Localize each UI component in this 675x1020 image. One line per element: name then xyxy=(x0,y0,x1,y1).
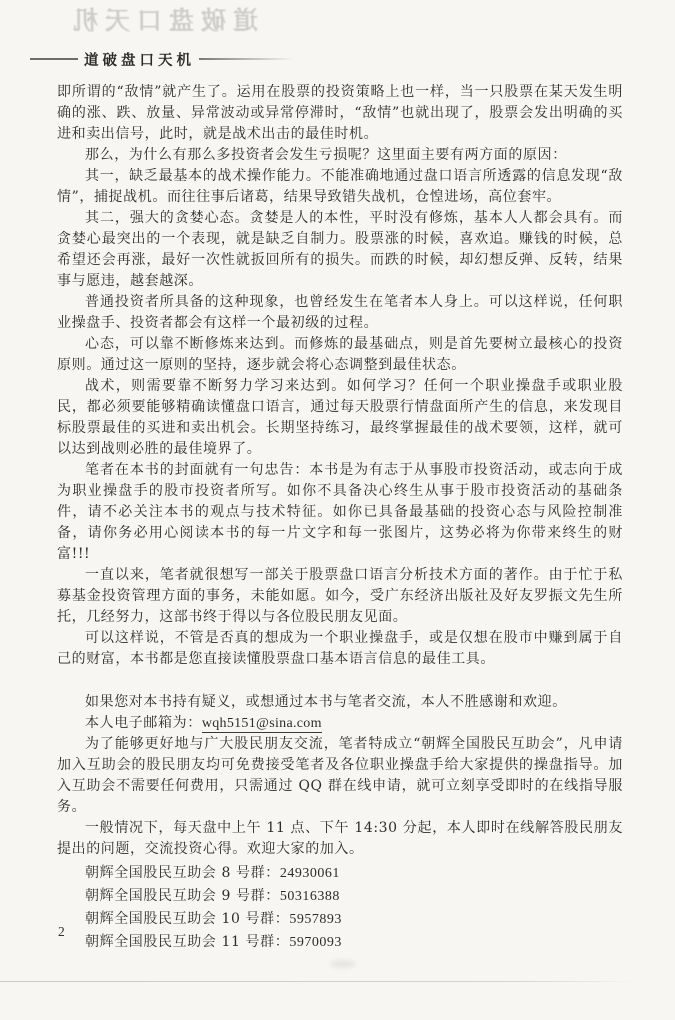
book-title: 道破盘口天机 xyxy=(78,49,199,70)
paragraph: 一直以来，笔者就很想写一部关于股票盘口语言分析技术方面的著作。由于忙于私募基金投… xyxy=(57,565,623,628)
qq-group-row: 朝辉全国股民互助会 11 号群：5970093 xyxy=(85,931,623,954)
paragraph: 即所谓的“敌情”就产生了。运用在股票的投资策略上也一样，当一只股票在某天发生明确… xyxy=(57,82,623,145)
qq-group-row: 朝辉全国股民互助会 9 号群：50316388 xyxy=(85,885,623,908)
scanned-book-page: 道破盘口天机 道破盘口天机 即所谓的“敌情”就产生了。运用在股票的投资策略上也一… xyxy=(0,0,675,1020)
bleed-through-text: 道破盘口天机 xyxy=(8,1,258,37)
paragraph: 心态，可以靠不断修炼来达到。而修炼的最基础点，则是首先要树立最核心的投资原则。通… xyxy=(57,334,623,376)
email-address: wqh5151@sina.com xyxy=(202,716,322,733)
paragraph: 战术，则需要靠不断努力学习来达到。如何学习？任何一个职业操盘手或职业股民，都必须… xyxy=(57,376,623,460)
paragraph: 普通投资者所具备的这种现象，也曾经发生在笔者本人身上。可以这样说，任何职业操盘手… xyxy=(57,292,623,334)
email-label: 本人电子邮箱为： xyxy=(85,715,202,731)
qq-group-number: 5957893 xyxy=(289,912,342,927)
scan-smudge xyxy=(330,960,356,968)
page-bottom-edge xyxy=(0,981,640,982)
page-number: 2 xyxy=(58,924,65,940)
contact-intro: 如果您对本书持有疑义，或想通过本书与笔者交流，本人不胜感谢和欢迎。 xyxy=(57,692,623,713)
paragraph: 其一，缺乏最基本的战术操作能力。不能准确地通过盘口语言所透露的信息发现“敌情”，… xyxy=(57,166,623,208)
header-rule-left xyxy=(30,58,78,60)
paragraph: 可以这样说，不管是否真的想成为一个职业操盘手，或是仅想在股市中赚到属于自己的财富… xyxy=(57,628,623,670)
paragraph: 笔者在本书的封面就有一句忠告：本书是为有志于从事股市投资活动，或志向于成为职业操… xyxy=(57,460,623,565)
running-head: 道破盘口天机 xyxy=(30,49,294,69)
preface-text: 即所谓的“敌情”就产生了。运用在股票的投资策略上也一样，当一只股票在某天发生明确… xyxy=(57,82,623,954)
paragraph: 那么，为什么有那么多投资者会发生亏损呢？这里面主要有两方面的原因： xyxy=(57,145,623,166)
paragraph: 其二，强大的贪婪心态。贪婪是人的本性，平时没有修炼，基本人人都会具有。而贪婪心最… xyxy=(57,208,623,292)
qq-group-number: 24930061 xyxy=(280,866,340,881)
qq-group-number: 50316388 xyxy=(280,889,340,904)
qq-group-label: 朝辉全国股民互助会 11 号群： xyxy=(85,934,289,950)
email-line: 本人电子邮箱为：wqh5151@sina.com xyxy=(57,713,623,734)
qq-group-list: 朝辉全国股民互助会 8 号群：24930061 朝辉全国股民互助会 9 号群：5… xyxy=(57,862,623,954)
club-schedule-paragraph: 一般情况下，每天盘中上午 11 点、下午 14:30 分起，本人即时在线解答股民… xyxy=(57,818,623,860)
qq-group-row: 朝辉全国股民互助会 8 号群：24930061 xyxy=(85,862,623,885)
qq-group-row: 朝辉全国股民互助会 10 号群：5957893 xyxy=(85,908,623,931)
qq-group-number: 5970093 xyxy=(289,935,342,950)
qq-group-label: 朝辉全国股民互助会 8 号群： xyxy=(85,865,280,881)
header-rule-right xyxy=(199,58,294,60)
qq-group-label: 朝辉全国股民互助会 9 号群： xyxy=(85,888,280,904)
club-paragraph: 为了能够更好地与广大股民朋友交流，笔者特成立“朝辉全国股民互助会”，凡申请加入互… xyxy=(57,734,623,818)
qq-group-label: 朝辉全国股民互助会 10 号群： xyxy=(85,911,289,927)
